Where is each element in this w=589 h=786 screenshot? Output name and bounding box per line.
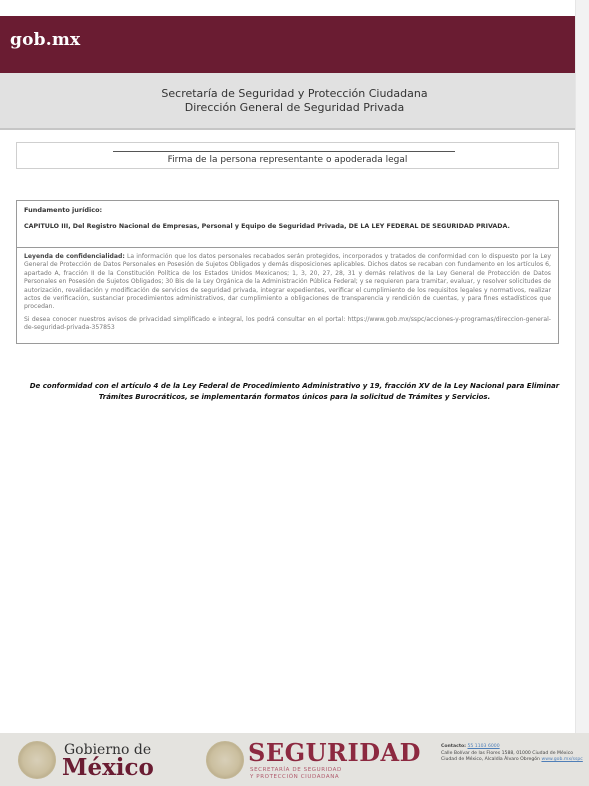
signature-box: Firma de la persona representante o apod… [16,142,559,169]
privacy-notice-text: Si desea conocer nuestros avisos de priv… [24,316,551,333]
legal-info-box: Fundamento jurídico: CAPITULO III, Del R… [16,200,559,344]
seguridad-sub-line1: SECRETARÍA DE SEGURIDAD [250,767,342,774]
gobierno-logo-line2: México [62,754,154,781]
seguridad-logo-subtitle: SECRETARÍA DE SEGURIDAD Y PROTECCIÓN CIU… [250,767,342,781]
scrollbar-track[interactable] [575,0,589,786]
signature-label: Firma de la persona representante o apod… [17,155,558,165]
contact-label: Contacto: [441,744,466,749]
gob-mx-logo-link[interactable]: gob.mx [10,30,80,50]
legal-basis-text: CAPITULO III, Del Registro Nacional de E… [24,223,551,230]
institution-header: Secretaría de Seguridad y Protección Ciu… [0,73,589,130]
signature-line [113,151,455,152]
gob-mx-header-bar: gob.mx [0,16,589,73]
confidentiality-paragraph: Leyenda de confidencialidad: La informac… [24,253,551,312]
legal-basis-section: Fundamento jurídico: CAPITULO III, Del R… [17,201,558,248]
confidentiality-label: Leyenda de confidencialidad: [24,253,125,260]
contact-phone-link[interactable]: 55 1103 6000 [467,744,499,749]
regulatory-notice: De conformidad con el artículo 4 de la L… [22,381,567,403]
seguridad-sub-line2: Y PROTECCIÓN CIUDADANA [250,774,342,781]
seguridad-logo-title: SEGURIDAD [248,738,421,767]
legal-basis-title: Fundamento jurídico: [24,206,551,214]
contact-info: Contacto: 55 1103 6000 Calle Bolívar de … [441,744,583,764]
contact-city: Ciudad de México, Alcaldía Álvaro Obregó… [441,757,540,762]
national-seal-icon [18,741,56,779]
contact-address-line3: Ciudad de México, Alcaldía Álvaro Obregó… [441,757,583,764]
directorate-name: Dirección General de Seguridad Privada [0,101,589,114]
document-page: gob.mx Secretaría de Seguridad y Protecc… [0,0,575,786]
confidentiality-section: Leyenda de confidencialidad: La informac… [17,248,558,338]
national-seal-icon [206,741,244,779]
footer: Gobierno de México SEGURIDAD SECRETARÍA … [0,733,589,786]
ministry-name: Secretaría de Seguridad y Protección Ciu… [0,87,589,100]
contact-website-link[interactable]: www.gob.mx/sspc [541,757,582,762]
confidentiality-text: La información que los datos personales … [24,253,551,310]
